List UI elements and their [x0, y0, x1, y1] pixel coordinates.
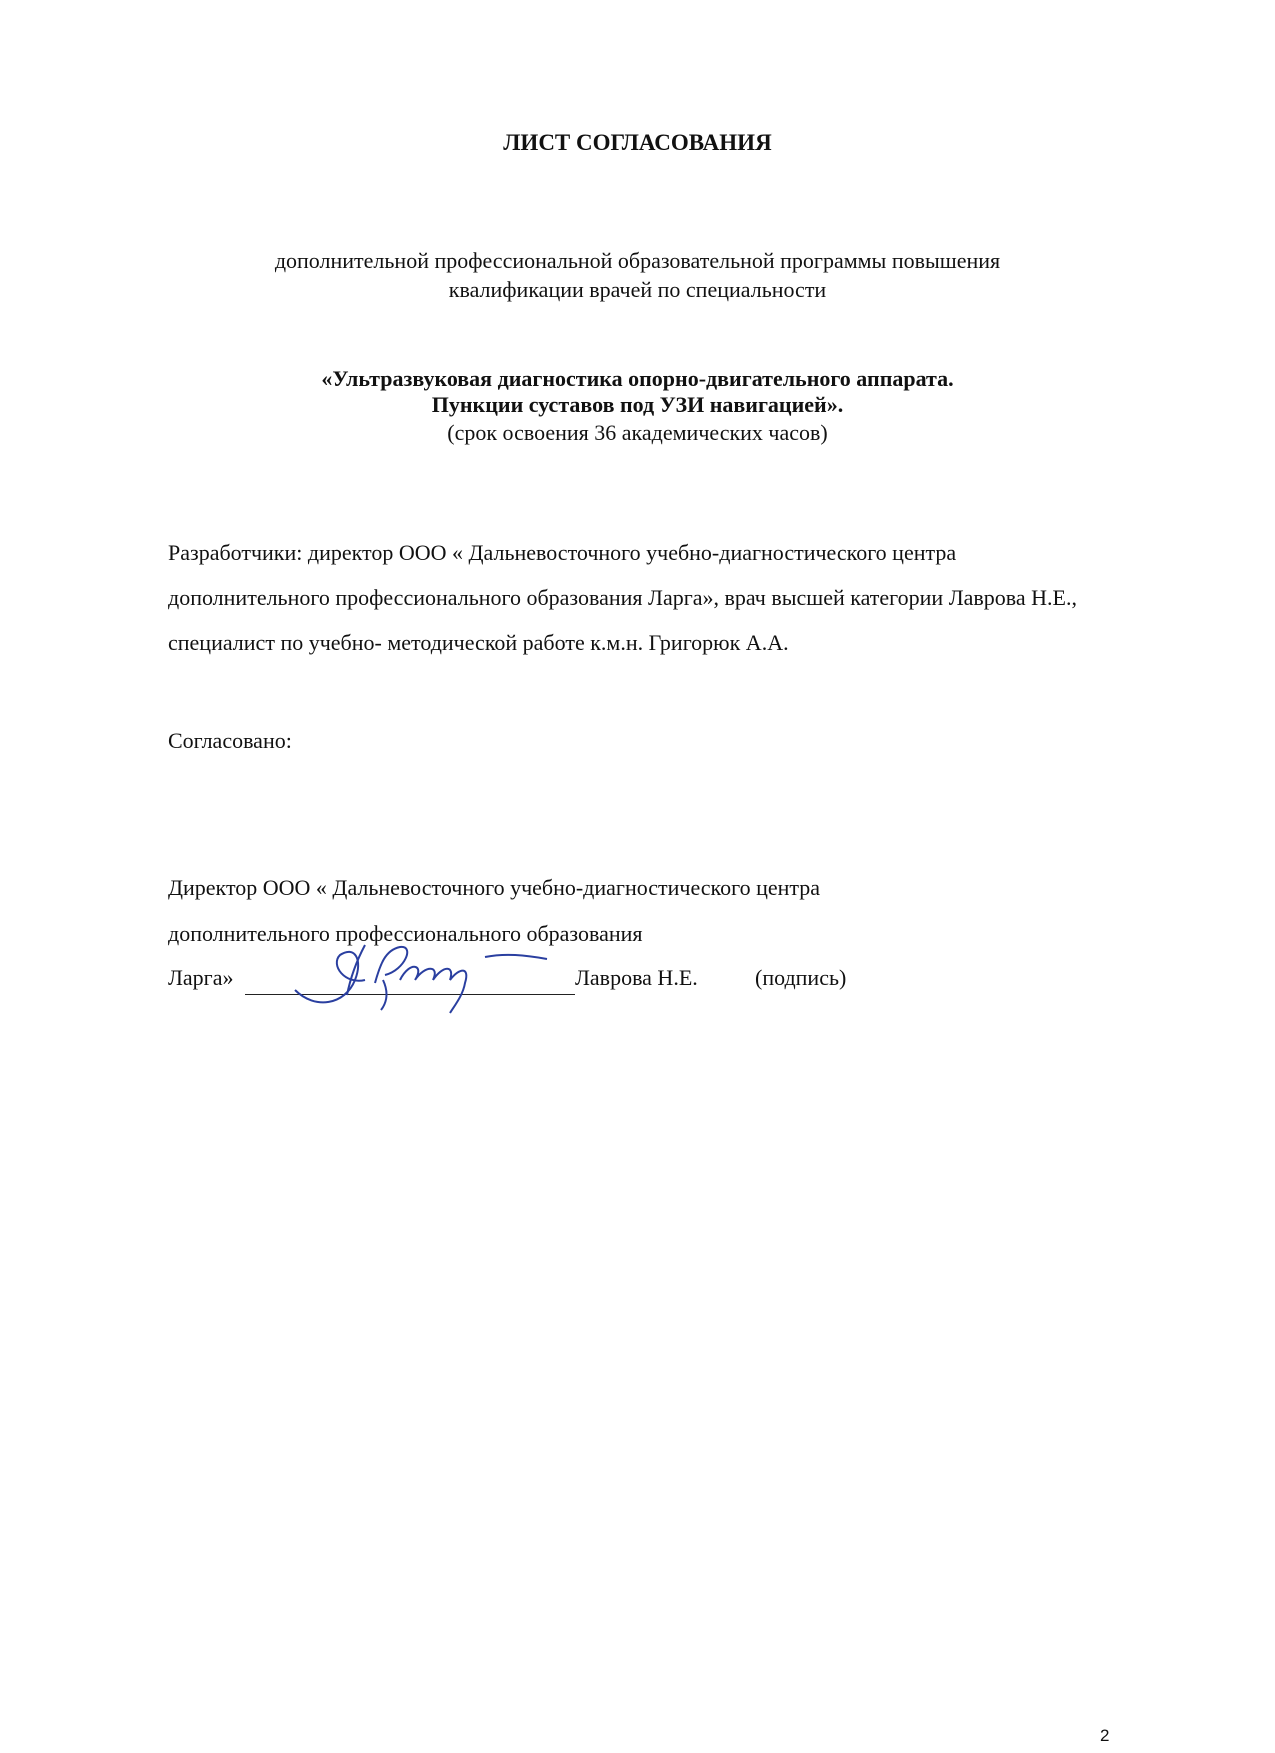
document-title: ЛИСТ СОГЛАСОВАНИЯ: [0, 130, 1275, 156]
developers-line-1: Разработчики: директор ООО « Дальневосто…: [168, 540, 956, 566]
signer-name: Лаврова Н.Е.: [575, 965, 698, 991]
program-title-line-2: Пункции суставов под УЗИ навигацией».: [0, 392, 1275, 417]
program-duration: (срок освоения 36 академических часов): [0, 418, 1275, 447]
developers-line-2: дополнительного профессионального образо…: [168, 585, 1077, 611]
subtitle-line-2: квалификации врачей по специальности: [0, 275, 1275, 304]
program-title-line-1: «Ультразвуковая диагностика опорно-двига…: [0, 366, 1275, 391]
developers-line-3: специалист по учебно- методической работ…: [168, 630, 789, 656]
approver-line-1: Директор ООО « Дальневосточного учебно-д…: [168, 875, 820, 901]
agreed-label: Согласовано:: [168, 728, 292, 754]
page-number: 2: [1100, 1726, 1109, 1746]
signature-prefix: Ларга»: [168, 965, 233, 991]
handwritten-signature: [285, 935, 555, 1015]
signature-note: (подпись): [755, 965, 846, 991]
subtitle-line-1: дополнительной профессиональной образова…: [0, 246, 1275, 275]
